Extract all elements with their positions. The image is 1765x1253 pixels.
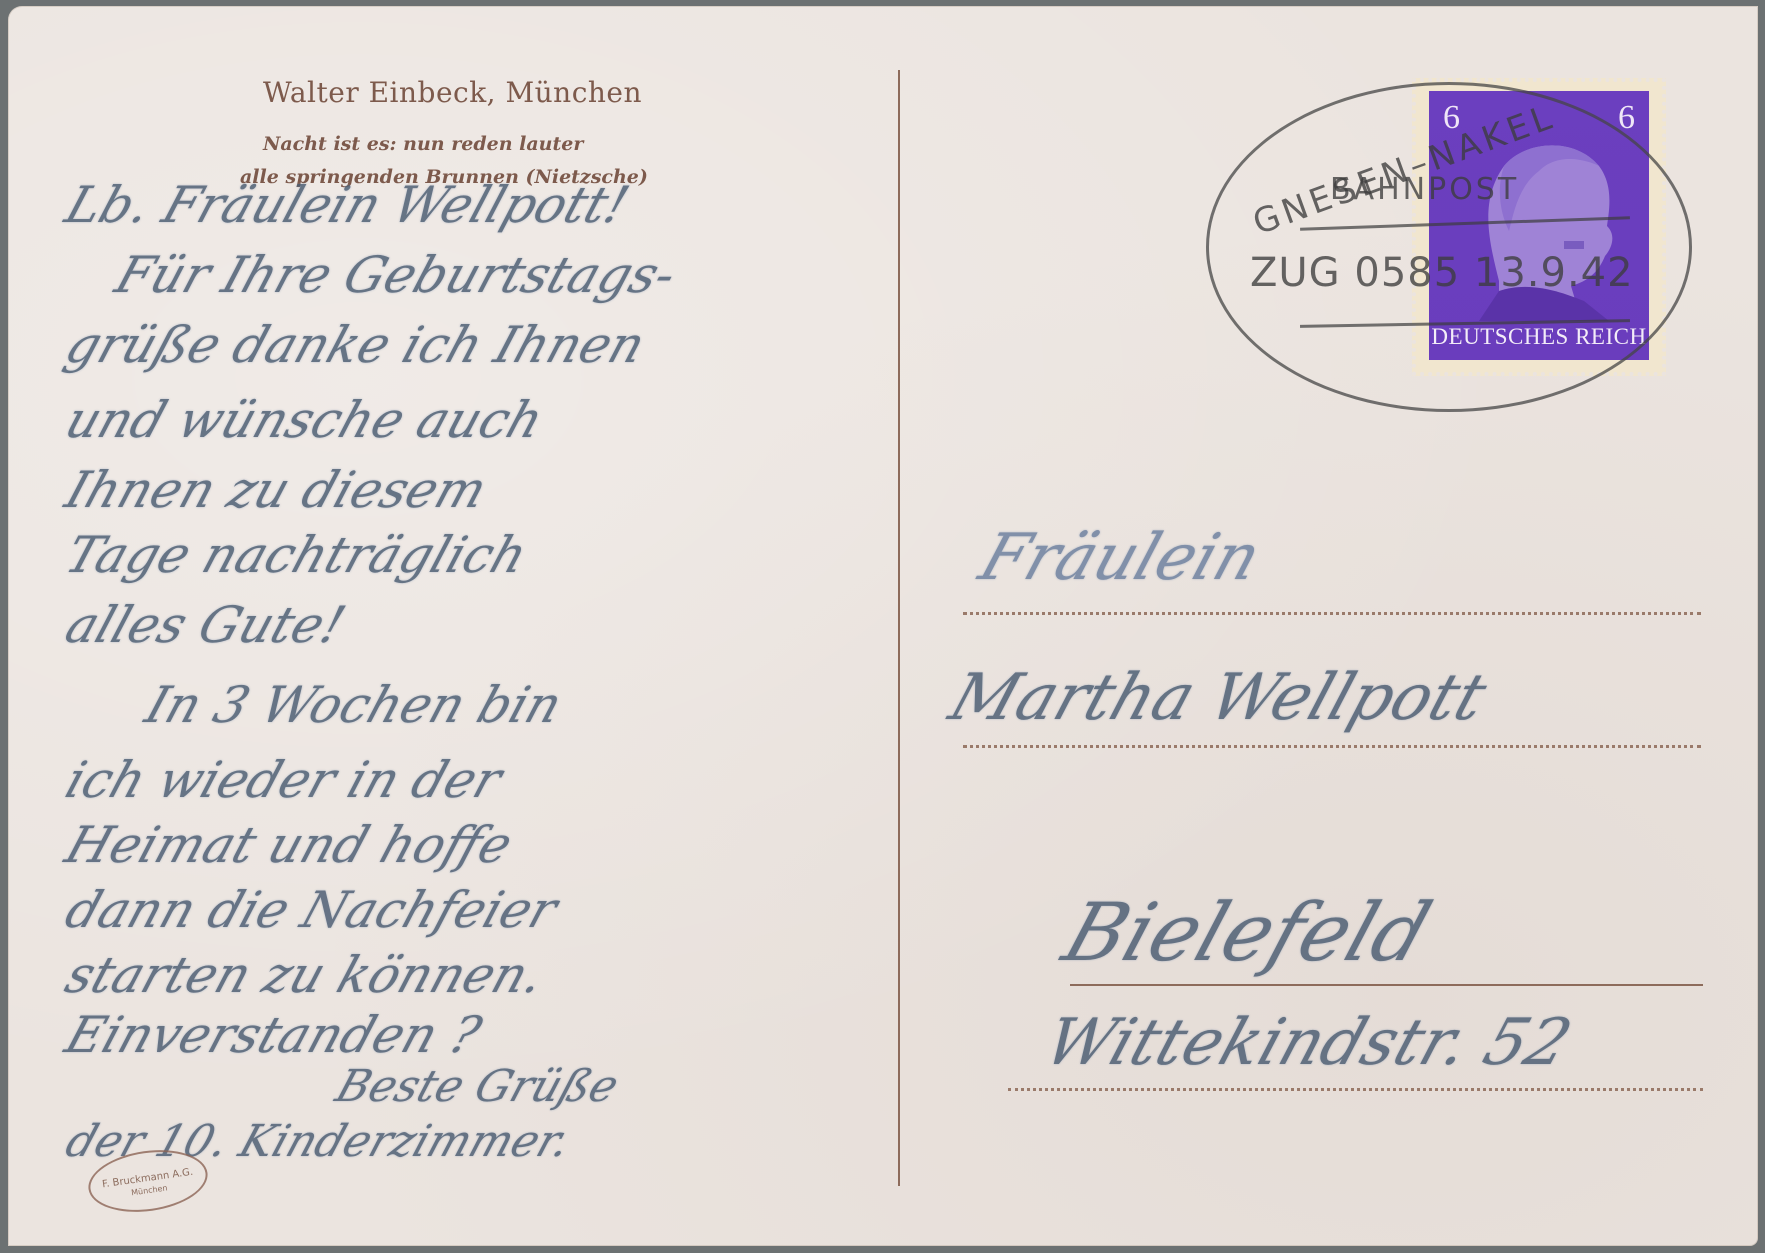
- message-line: Einverstanden ?: [59, 1006, 489, 1064]
- message-line: Beste Grüße: [330, 1061, 625, 1112]
- message-line: Ihnen zu diesem: [59, 461, 494, 519]
- address-salutation: Fräulein: [971, 521, 1269, 595]
- message-line: grüße danke ich Ihnen: [59, 316, 653, 374]
- address-line-1: [963, 612, 1701, 615]
- message-line: alles Gute!: [59, 596, 353, 654]
- quote-line-1: Nacht ist es: nun reden lauter: [263, 133, 583, 155]
- stamp-country: DEUTSCHES REICH: [1429, 324, 1649, 350]
- card-divider: [898, 70, 900, 1186]
- postmark-service: BAHNPOST: [1330, 172, 1519, 207]
- message-line: Tage nachträglich: [59, 526, 535, 584]
- address-city: Bielefeld: [1053, 886, 1442, 979]
- message-line: starten zu können.: [59, 946, 552, 1004]
- message-line: In 3 Wochen bin: [139, 676, 570, 734]
- postmark-train-date: ZUG 0585 13.9.42: [1250, 250, 1634, 296]
- address-line-2: [963, 745, 1701, 748]
- publisher-heading: Walter Einbeck, München: [263, 76, 642, 109]
- address-line-street: [1008, 1088, 1703, 1091]
- message-line: und wünsche auch: [59, 391, 551, 449]
- message-line: Für Ihre Geburtstags-: [109, 246, 684, 304]
- message-line: ich wieder in der: [59, 751, 509, 809]
- message-line: dann die Nachfeier: [59, 881, 565, 939]
- message-line: Lb. Fräulein Wellpott!: [59, 176, 636, 234]
- address-street: Wittekindstr. 52: [1036, 1006, 1580, 1080]
- address-name: Martha Wellpott: [941, 661, 1495, 735]
- address-line-city: [1070, 984, 1703, 986]
- message-line: Heimat und hoffe: [59, 816, 520, 874]
